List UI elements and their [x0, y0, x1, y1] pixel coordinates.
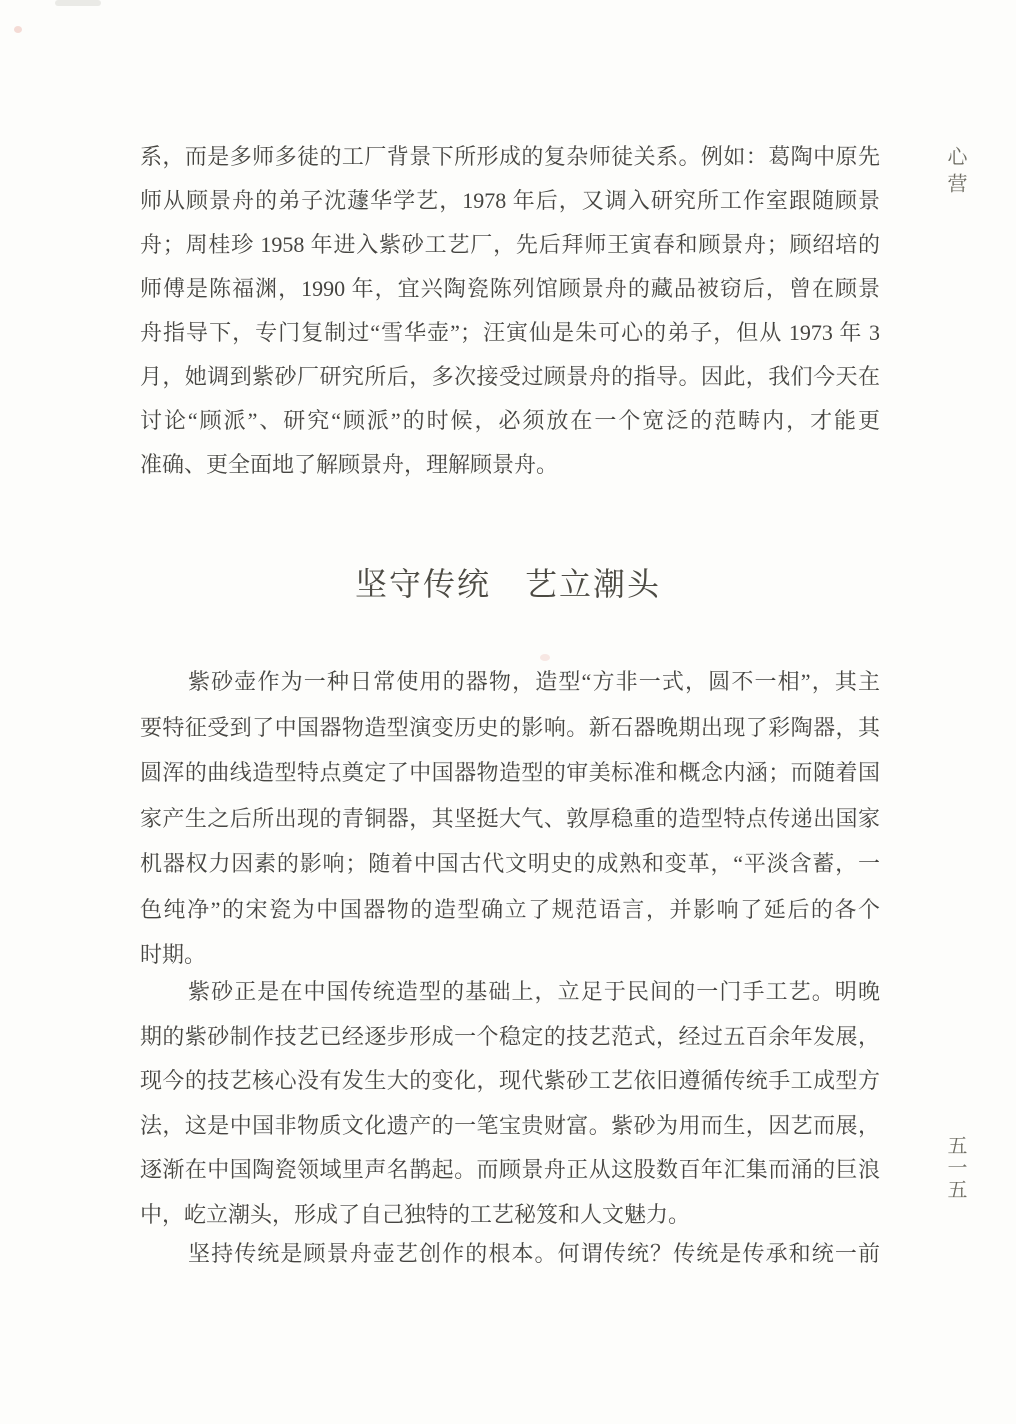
scan-artifact: [55, 0, 101, 6]
text-line: 师从顾景舟的弟子沈蘧华学艺，1978 年后，又调入研究所工作室跟随顾景: [140, 179, 880, 223]
paragraph-3: 紫砂正是在中国传统造型的基础上，立足于民间的一门手工艺。明晚 期的紫砂制作技艺已…: [140, 970, 880, 1237]
text-line: 系，而是多师多徒的工厂背景下所形成的复杂师徒关系。例如：葛陶中原先: [140, 135, 880, 179]
text-line: 家产生之后所出现的青铜器，其坚挺大气、敦厚稳重的造型特点传递出国家: [140, 796, 880, 842]
text-line: 要特征受到了中国器物造型演变历史的影响。新石器晚期出现了彩陶器，其: [140, 705, 880, 751]
paragraph-2: 紫砂壶作为一种日常使用的器物，造型“方非一式，圆不一相”，其主 要特征受到了中国…: [140, 659, 880, 978]
text-line: 中，屹立潮头，形成了自己独特的工艺秘笈和人文魅力。: [140, 1193, 880, 1238]
text-line: 师傅是陈福渊，1990 年，宜兴陶瓷陈列馆顾景舟的藏品被窃后，曾在顾景: [140, 267, 880, 311]
text-line: 机器权力因素的影响；随着中国古代文明史的成熟和变革，“平淡含蓄，一: [140, 841, 880, 887]
text-line: 准确、更全面地了解顾景舟，理解顾景舟。: [140, 443, 880, 487]
scan-artifact: [14, 26, 22, 33]
text-line: 现今的技艺核心没有发生大的变化，现代紫砂工艺依旧遵循传统手工成型方: [140, 1059, 880, 1104]
text-line: 圆浑的曲线造型特点奠定了中国器物造型的审美标准和概念内涵；而随着国: [140, 750, 880, 796]
text-line: 坚持传统是顾景舟壶艺创作的根本。何谓传统？传统是传承和统一前: [140, 1232, 880, 1276]
paragraph-1: 系，而是多师多徒的工厂背景下所形成的复杂师徒关系。例如：葛陶中原先 师从顾景舟的…: [140, 135, 880, 487]
text-line: 期的紫砂制作技艺已经逐步形成一个稳定的技艺范式，经过五百余年发展，: [140, 1015, 880, 1060]
text-line: 舟指导下，专门复制过“雪华壶”；汪寅仙是朱可心的弟子，但从 1973 年 3: [140, 311, 880, 355]
text-line: 紫砂正是在中国传统造型的基础上，立足于民间的一门手工艺。明晚: [140, 970, 880, 1015]
paragraph-4: 坚持传统是顾景舟壶艺创作的根本。何谓传统？传统是传承和统一前: [140, 1232, 880, 1276]
text-line: 紫砂壶作为一种日常使用的器物，造型“方非一式，圆不一相”，其主: [140, 659, 880, 705]
book-page-scan: 心营 五一五 系，而是多师多徒的工厂背景下所形成的复杂师徒关系。例如：葛陶中原先…: [0, 0, 1016, 1424]
section-heading: 坚守传统 艺立潮头: [0, 566, 1016, 602]
text-line: 逐渐在中国陶瓷领域里声名鹊起。而顾景舟正从这股数百年汇集而涌的巨浪: [140, 1148, 880, 1193]
text-line: 月，她调到紫砂厂研究所后，多次接受过顾景舟的指导。因此，我们今天在: [140, 355, 880, 399]
text-line: 讨论“顾派”、研究“顾派”的时候，必须放在一个宽泛的范畴内，才能更: [140, 399, 880, 443]
text-line: 法，这是中国非物质文化遗产的一笔宝贵财富。紫砂为用而生，因艺而展，: [140, 1104, 880, 1149]
running-header: 心营: [941, 146, 970, 200]
text-line: 舟；周桂珍 1958 年进入紫砂工艺厂，先后拜师王寅春和顾景舟；顾绍培的: [140, 223, 880, 267]
page-number: 五一五: [941, 1135, 970, 1201]
text-line: 色纯净”的宋瓷为中国器物的造型确立了规范语言，并影响了延后的各个: [140, 887, 880, 933]
